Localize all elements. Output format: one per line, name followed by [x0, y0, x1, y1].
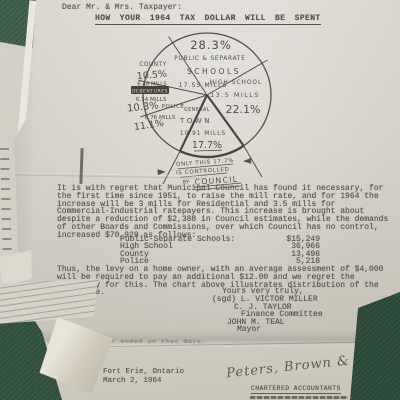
county-name: COUNTY	[139, 62, 166, 68]
list-item: High School 36,966	[120, 243, 320, 250]
date-line: March 2, 1964	[103, 377, 162, 385]
general-town-mills-label: 10.91 MILLS	[180, 131, 226, 137]
general-town-percent-label: 17.7%	[192, 140, 222, 151]
increase-breakdown-list: Public-Separate Schools: $15,249 High Sc…	[120, 236, 320, 266]
general-town-name-line1: GENERAL	[184, 107, 210, 113]
place-line: Fort Erie, Ontario	[103, 368, 184, 376]
annotation-right-arrow-icon	[243, 158, 251, 165]
pie-labels: 28.3% PUBLIC & SEPARATE SCHOOLS 17.55 MI…	[127, 38, 263, 151]
police-name: POLICE	[162, 104, 185, 110]
cropped-text-line	[250, 396, 348, 399]
schools-name-line2: SCHOOLS	[187, 67, 241, 76]
high-school-percent-label: 22.1%	[226, 103, 261, 116]
schools-name-line1: PUBLIC & SEPARATE	[174, 56, 245, 62]
schools-percent-label: 28.3%	[190, 38, 232, 52]
scrapbook-photo: Dear Mr. & Mrs. Taxpayer: HOW YOUR 1964 …	[0, 0, 400, 400]
chartered-accountants-label: CHARTERED ACCOUNTANTS	[251, 385, 341, 394]
debentures-name: DEBENTURES	[132, 88, 168, 94]
high-school-name: HIGH-SCHOOL	[210, 80, 262, 86]
list-item: County 13,496	[120, 251, 320, 258]
letter-paragraph-1: It is with regret that Municipal Council…	[57, 185, 391, 240]
general-town-name-line2: TOWN	[179, 117, 212, 125]
county-mills-label: 6.48 MILLS	[137, 82, 167, 88]
police-percent-label: 11.1%	[133, 118, 164, 133]
high-school-mills-label: 13.5 MILLS	[210, 91, 260, 99]
county-percent-label: 10.5%	[136, 69, 167, 83]
